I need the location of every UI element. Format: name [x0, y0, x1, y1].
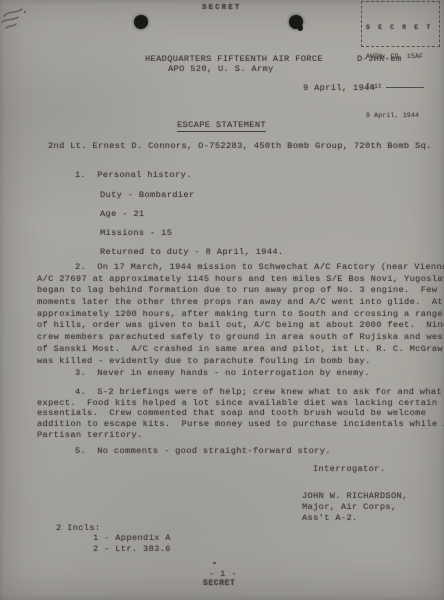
paragraph-1-item: Returned to duty - 8 April, 1944. — [100, 247, 284, 257]
enclosure-item: 2 - Ltr. 383.6 — [93, 544, 171, 554]
org-line-2: APO 520, U. S. Army — [168, 64, 274, 74]
classification-stamp-top: SECRET — [202, 3, 241, 13]
signature-role: Ass't A-2. — [302, 513, 358, 523]
paragraph-2-line: was killed - evidently due to parachute … — [37, 356, 371, 366]
signature-name: JOHN W. RICHARDSON, — [302, 491, 408, 501]
interrogator-label: Interrogator. — [313, 464, 385, 474]
scanned-document-page: SECRET S E C R E T AUTH: CO, 15AF Init 9… — [0, 0, 444, 600]
paragraph-2-line: 2. On 17 March, 1944 mission to Schwecha… — [75, 262, 444, 272]
paragraph-2-line: of Sanski Most. A/C crashed in same area… — [37, 344, 444, 354]
paragraph-3: 3. Never in enemy hands - no interrogati… — [75, 368, 370, 378]
auth-stamp-init: Init — [366, 81, 439, 92]
subject-line: 2nd Lt. Ernest D. Connors, O-752283, 450… — [48, 141, 432, 151]
paragraph-1-item: Duty - Bombardier — [100, 190, 195, 200]
paragraph-2-line: began to lag behind formation due to run… — [37, 285, 437, 295]
paragraph-4-line: Partisan territory. — [37, 430, 143, 440]
paragraph-4-line: 4. S-2 briefings were of help; crew knew… — [75, 387, 444, 397]
auth-stamp-date: 9 April, 1944 — [366, 111, 439, 121]
auth-stamp-secret: S E C R E T — [366, 23, 439, 33]
page-number: - 1 - — [209, 569, 237, 579]
document-date: 9 April, 1944 — [303, 83, 375, 93]
punch-hole-left — [134, 15, 148, 29]
paragraph-1-heading: 1. Personal history. — [75, 170, 192, 180]
document-title: ESCAPE STATEMENT — [177, 120, 266, 130]
init-blank-line — [386, 81, 424, 88]
classification-stamp-bottom: SECRET — [203, 579, 235, 589]
paragraph-2-line: crew members parachuted safely to ground… — [37, 332, 444, 342]
paragraph-1-item: Age - 21 — [100, 209, 145, 219]
paragraph-2-line: approximately 1200 hours, after making t… — [37, 309, 443, 319]
paragraph-4-line: addition to escape kits. Purse money use… — [37, 419, 444, 429]
paragraph-2-line: A/C 27697 at approximately 1145 hours an… — [37, 274, 444, 284]
paragraph-5: 5. No comments - good straight-forward s… — [75, 446, 331, 456]
paragraph-2-line: moments later the other three props ran … — [37, 297, 443, 307]
signature-rank: Major, Air Corps, — [302, 502, 397, 512]
org-line-1: HEADQUARTERS FIFTEENTH AIR FORCE — [145, 54, 323, 64]
paragraph-2-line: of hills, order was given to bail out, A… — [37, 320, 444, 330]
paragraph-4-line: expect. Food kits helped a lot since ava… — [37, 398, 437, 408]
auth-stamp-box: S E C R E T AUTH: CO, 15AF Init 9 April,… — [361, 1, 440, 47]
punch-hole-right — [289, 15, 303, 29]
office-symbol: D-JHR-em — [357, 54, 402, 64]
paragraph-1-item: Missions - 15 — [100, 228, 172, 238]
paragraph-4-line: essentials. Crew commented that soap and… — [37, 408, 426, 418]
enclosure-item: 1 - Appendix A — [93, 533, 171, 543]
ink-speck — [213, 562, 216, 564]
enclosures-heading: 2 Incls: — [56, 523, 101, 533]
pencil-smudge — [0, 2, 70, 38]
